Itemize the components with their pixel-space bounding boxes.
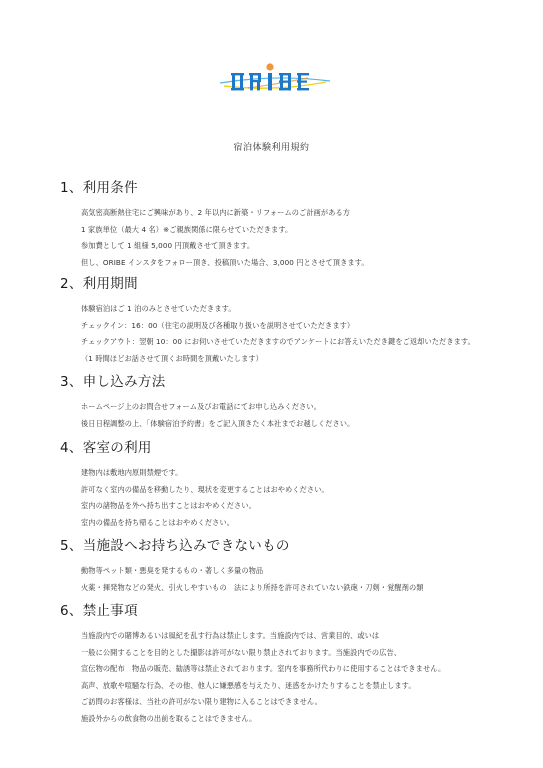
section-line: 宣伝物の配布 物品の販売、勧誘等は禁止されております。室内を事務所代わりに使用す… xyxy=(81,661,530,678)
section-line: 体験宿泊はご 1 泊のみとさせていただきます。 xyxy=(81,301,530,318)
section-heading: 2、利用期間 xyxy=(60,273,530,295)
section-line: 但し、ORIBE インスタをフォロー頂き、投稿頂いた場合、3,000 円とさせて… xyxy=(81,255,530,272)
section-line: ホームページ上のお問合せフォーム及びお電話にてお申し込みください。 xyxy=(81,399,530,416)
section-body: 高気密高断熱住宅にご興味があり、2 年以内に新築・リフォームのご計画がある方 1… xyxy=(81,205,530,271)
section-heading: 4、客室の利用 xyxy=(60,437,530,459)
section-line: 後日日程調整の上、「体験宿泊予約書」をご記入頂きたく本社までお越しください。 xyxy=(81,416,530,433)
section-line: 動物等ペット類・悪臭を発するもの・著しく多量の物品 xyxy=(81,563,530,580)
section-room-usage: 4、客室の利用 建物内は敷地内原則禁煙です。 許可なく室内の備品を移動したり、現… xyxy=(60,437,530,531)
section-line: 室内の諸物品を外へ持ち出すことはおやめください。 xyxy=(81,498,530,515)
section-prohibited-acts: 6、禁止事項 当施設内での賭博あるいは風紀を乱す行為は禁止します。当施設内では、… xyxy=(60,600,530,727)
section-heading: 3、申し込み方法 xyxy=(60,371,530,393)
section-line: 火薬・揮発物などの発火、引火しやすいもの 法により所持を許可されていない鉄砲・刀… xyxy=(81,580,530,597)
section-body: 体験宿泊はご 1 泊のみとさせていただきます。 チェックイン：16：00（住宅の… xyxy=(81,301,530,367)
section-line: 一般に公開することを目的とした撮影は許可がない限り禁止されております。当施設内で… xyxy=(81,645,530,662)
oribe-logo xyxy=(218,62,332,96)
section-body: ホームページ上のお問合せフォーム及びお電話にてお申し込みください。 後日日程調整… xyxy=(81,399,530,432)
section-line: 高気密高断熱住宅にご興味があり、2 年以内に新築・リフォームのご計画がある方 xyxy=(81,205,530,222)
section-line: ご訪問のお客様は、当社の許可がない限り建物に入ることはできません。 xyxy=(81,694,530,711)
section-usage-conditions: 1、利用条件 高気密高断熱住宅にご興味があり、2 年以内に新築・リフォームのご計… xyxy=(60,177,530,271)
section-line: 当施設内での賭博あるいは風紀を乱す行為は禁止します。当施設内では、営業目的、或い… xyxy=(81,628,530,645)
section-line: 建物内は敷地内原則禁煙です。 xyxy=(81,465,530,482)
section-body: 動物等ペット類・悪臭を発するもの・著しく多量の物品 火薬・揮発物などの発火、引火… xyxy=(81,563,530,596)
section-prohibited-items: 5、当施設へお持ち込みできないもの 動物等ペット類・悪臭を発するもの・著しく多量… xyxy=(60,535,530,596)
section-line: 施設外からの飲食物の出前を取ることはできません。 xyxy=(81,711,530,728)
section-body: 当施設内での賭博あるいは風紀を乱す行為は禁止します。当施設内では、営業目的、或い… xyxy=(81,628,530,727)
section-heading: 1、利用条件 xyxy=(60,177,530,199)
section-heading: 6、禁止事項 xyxy=(60,600,530,622)
section-line: 許可なく室内の備品を移動したり、現状を変更することはおやめください。 xyxy=(81,482,530,499)
oribe-logo-icon xyxy=(218,62,332,96)
section-usage-period: 2、利用期間 体験宿泊はご 1 泊のみとさせていただきます。 チェックイン：16… xyxy=(60,273,530,367)
section-line: 参加費として 1 組様 5,000 円頂戴させて頂きます。 xyxy=(81,238,530,255)
section-body: 建物内は敷地内原則禁煙です。 許可なく室内の備品を移動したり、現状を変更すること… xyxy=(81,465,530,531)
section-line: 1 家族単位（最大 4 名）※ご親族関係に限らせていただきます。 xyxy=(81,222,530,239)
section-application-method: 3、申し込み方法 ホームページ上のお問合せフォーム及びお電話にてお申し込みくださ… xyxy=(60,371,530,432)
section-line: 室内の備品を持ち帰ることはおやめください。 xyxy=(81,515,530,532)
section-line: （1 時間ほどお話させて頂くお時間を頂戴いたします） xyxy=(81,351,530,368)
section-heading: 5、当施設へお持ち込みできないもの xyxy=(60,535,530,557)
section-line: チェックアウト：翌朝 10：00 にお伺いさせていただきますのでアンケートにお答… xyxy=(81,334,530,351)
section-line: チェックイン：16：00（住宅の説明及び各種取り扱いを説明させていただきます） xyxy=(81,318,530,335)
section-line: 高声、放歌や喧騒な行為、その他、他人に嫌悪感を与えたり、迷惑をかけたりすることを… xyxy=(81,678,530,695)
document-title: 宿泊体験利用規約 xyxy=(0,140,543,153)
